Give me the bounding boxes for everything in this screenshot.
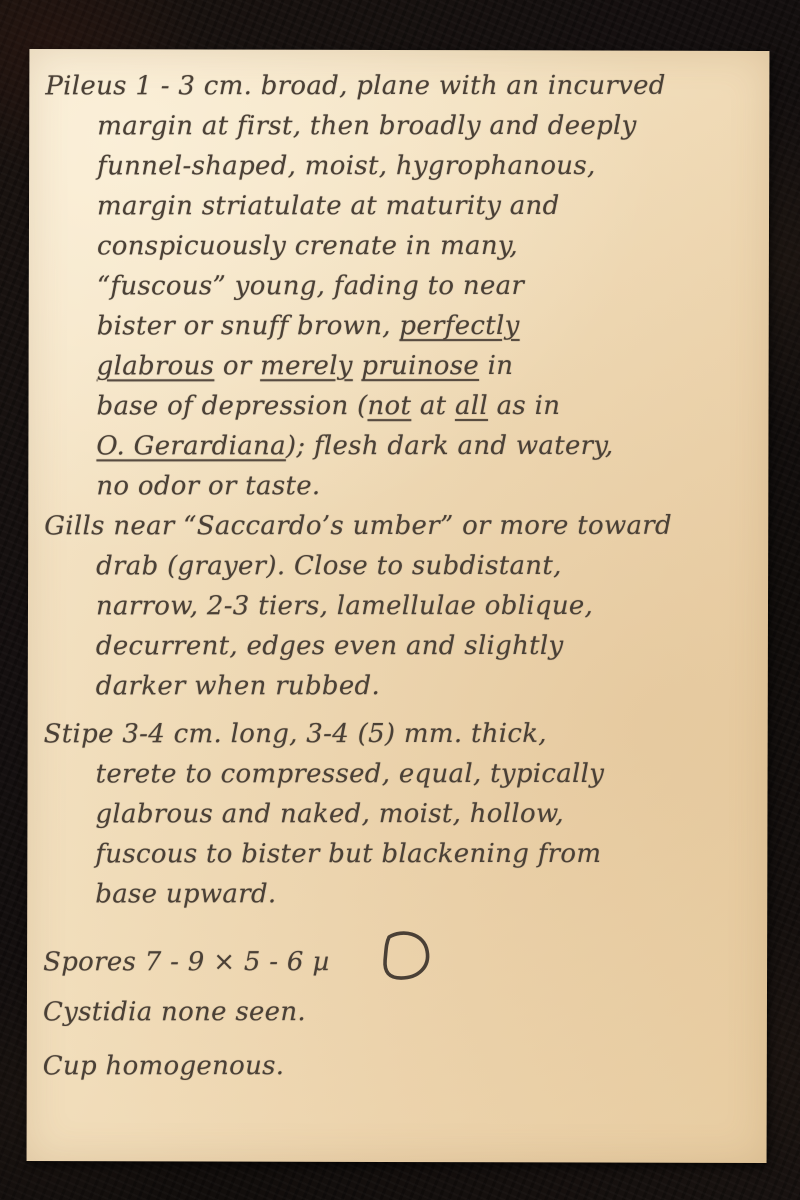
text-segment: base of depression ( — [97, 391, 368, 421]
handwritten-line: Cystidia none seen. — [43, 992, 761, 1033]
text-segment: in — [479, 351, 513, 381]
text-segment — [353, 351, 362, 381]
text-segment: drab (grayer). Close to subdistant, — [96, 551, 562, 581]
text-segment: Spores 7 - 9 × 5 - 6 µ — [43, 947, 329, 977]
text-segment: at — [411, 391, 455, 421]
text-segment: ); flesh dark and watery, — [286, 431, 614, 461]
handwritten-line: terete to compressed, equal, typically — [96, 754, 762, 795]
handwritten-line: margin striatulate at maturity and — [97, 186, 763, 227]
text-segment: no odor or taste. — [96, 471, 320, 501]
text-segment: base upward. — [95, 879, 276, 909]
text-segment: Cystidia none seen. — [43, 997, 306, 1027]
text-segment: Stipe 3-4 cm. long, 3-4 (5) mm. thick, — [44, 719, 547, 749]
text-segment: margin at first, then broadly and deeply — [97, 111, 636, 141]
handwritten-line: narrow, 2-3 tiers, lamellulae oblique, — [96, 586, 762, 627]
handwritten-line: Spores 7 - 9 × 5 - 6 µ — [43, 930, 761, 971]
handwritten-line: base upward. — [95, 874, 761, 915]
handwritten-line: margin at first, then broadly and deeply — [97, 106, 763, 147]
text-segment: margin striatulate at maturity and — [97, 191, 560, 221]
text-segment: Gills near “Saccardo’s umber” or more to… — [44, 511, 672, 542]
handwritten-line: Stipe 3-4 cm. long, 3-4 (5) mm. thick, — [44, 714, 762, 755]
text-segment: decurrent, edges even and slightly — [96, 631, 564, 661]
handwritten-line: glabrous and naked, moist, hollow, — [95, 794, 761, 835]
handwritten-line: Cup homogenous. — [43, 1046, 761, 1087]
underlined-text: O. Gerardiana — [96, 431, 285, 461]
text-segment: darker when rubbed. — [96, 671, 380, 701]
spore-sketch — [372, 930, 434, 986]
underlined-text: pruinose — [361, 351, 479, 381]
text-segment: “fuscous” young, fading to near — [97, 271, 524, 301]
underlined-text: glabrous — [97, 351, 215, 381]
text-segment: terete to compressed, equal, typically — [96, 759, 605, 789]
text-segment: glabrous and naked, moist, hollow, — [95, 799, 564, 829]
text-segment: Cup homogenous. — [43, 1051, 285, 1081]
underlined-text: merely — [260, 351, 353, 381]
text-segment: bister or snuff brown, — [97, 311, 400, 341]
handwritten-line: drab (grayer). Close to subdistant, — [96, 546, 762, 587]
text-segment: fuscous to bister but blackening from — [95, 839, 601, 869]
text-segment: as in — [488, 391, 560, 421]
text-segment: funnel-shaped, moist, hygrophanous, — [97, 151, 595, 181]
text-segment: narrow, 2-3 tiers, lamellulae oblique, — [96, 591, 593, 621]
handwritten-line: glabrous or merely pruinose in — [97, 346, 763, 387]
underlined-text: all — [455, 391, 488, 421]
underlined-text: perfectly — [399, 311, 519, 341]
text-segment: or — [214, 351, 260, 381]
handwritten-line: darker when rubbed. — [96, 666, 762, 707]
handwritten-line: O. Gerardiana); flesh dark and watery, — [96, 426, 762, 467]
handwritten-line: conspicuously crenate in many, — [97, 226, 763, 267]
handwritten-note: Pileus 1 - 3 cm. broad, plane with an in… — [37, 65, 764, 1155]
handwritten-line: decurrent, edges even and slightly — [96, 626, 762, 667]
text-segment: conspicuously crenate in many, — [97, 231, 518, 261]
handwritten-line: fuscous to bister but blackening from — [95, 834, 761, 875]
underlined-text: not — [367, 391, 411, 421]
handwritten-line: base of depression (not at all as in — [97, 386, 763, 427]
handwritten-line: bister or snuff brown, perfectly — [97, 306, 763, 347]
note-card: Pileus 1 - 3 cm. broad, plane with an in… — [27, 49, 770, 1163]
handwritten-line: Gills near “Saccardo’s umber” or more to… — [44, 506, 762, 547]
handwritten-line: “fuscous” young, fading to near — [97, 266, 763, 307]
text-segment: Pileus 1 - 3 cm. broad, plane with an in… — [45, 71, 665, 102]
handwritten-line: no odor or taste. — [96, 466, 762, 507]
handwritten-line: funnel-shaped, moist, hygrophanous, — [97, 146, 763, 187]
handwritten-line: Pileus 1 - 3 cm. broad, plane with an in… — [45, 66, 763, 107]
